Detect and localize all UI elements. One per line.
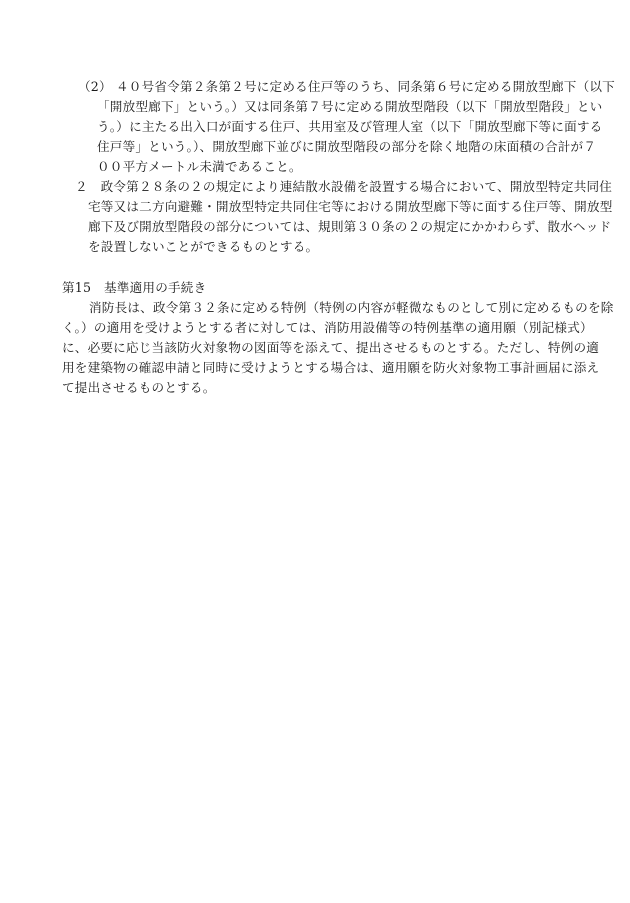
section-15-line: て提出させるものとする。 bbox=[62, 378, 216, 398]
section-15-line: 用を建築物の確認申請と同時に受けようとする場合は、適用願を防火対象物工事計画届に… bbox=[62, 358, 599, 378]
section-15-line: 消防長は、政令第３２条に定める特例（特例の内容が軽微なものとして別に定めるものを… bbox=[89, 298, 614, 318]
section-15-line: く。）の適用を受けようとする者に対しては、消防用設備等の特例基準の適用願（別記様… bbox=[62, 318, 593, 338]
section-15-line: に、必要に応じ当該防火対象物の図面等を添えて、提出させるものとする。ただし、特例… bbox=[62, 338, 599, 358]
item-2-line: 住戸等」という。）、開放型廊下並びに開放型階段の部分を除く地階の床面積の合計が７ bbox=[97, 137, 596, 157]
item-2-line: ００平方メートル未満であること。 bbox=[97, 157, 302, 177]
item-2-line: う。）に主たる出入口が面する住戸、共用室及び管理人室（以下「開放型廊下等に面する bbox=[97, 117, 602, 137]
paragraph-2-line: ２ 政令第２８条の２の規定により連結散水設備を設置する場合において、開放型特定共… bbox=[75, 177, 612, 197]
item-2-line: 「開放型廊下」という。）又は同条第７号に定める開放型階段（以下「開放型階段」とい bbox=[97, 97, 602, 117]
item-2-line: （2） ４０号省令第２条第２号に定める住戸等のうち、同条第６号に定める開放型廊下… bbox=[78, 77, 615, 97]
section-15-heading: 第15 基準適用の手続き bbox=[62, 278, 206, 298]
paragraph-2-line: 宅等又は二方向避難・開放型特定共同住宅等における開放型廊下等に面する住戸等、開放… bbox=[88, 197, 613, 217]
paragraph-2-line: 廊下及び開放型階段の部分については、規則第３０条の２の規定にかかわらず、散水ヘッ… bbox=[88, 217, 611, 237]
paragraph-2-line: を設置しないことができるものとする。 bbox=[88, 237, 318, 257]
